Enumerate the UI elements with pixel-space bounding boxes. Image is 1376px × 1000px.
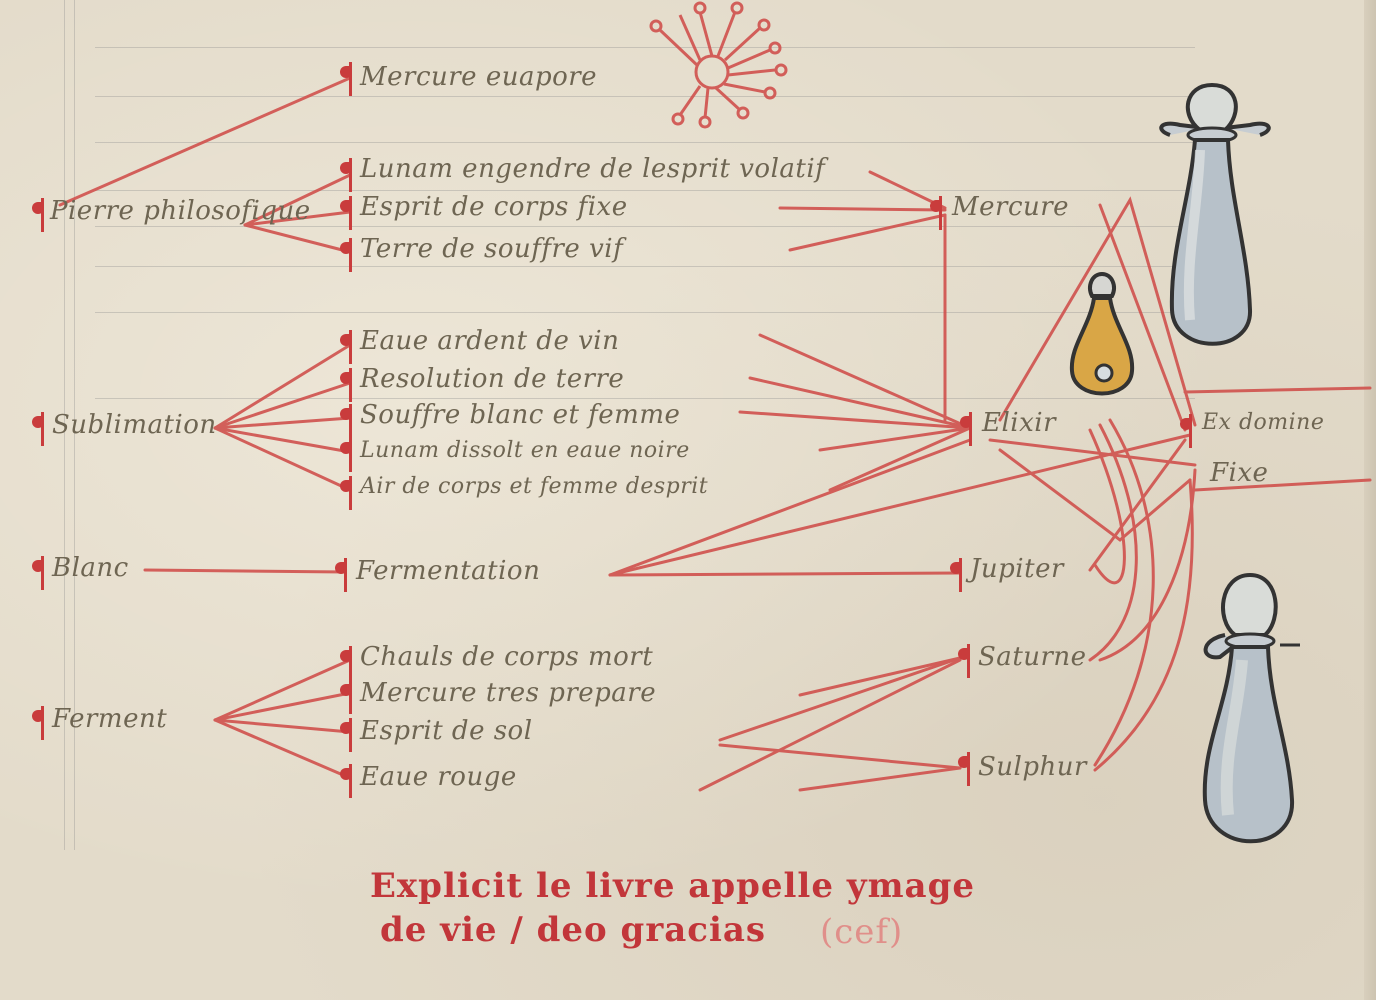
paragraph-mark-icon bbox=[340, 158, 354, 192]
colophon-line-2: de vie / deo gracias bbox=[380, 910, 766, 950]
paragraph-mark-icon bbox=[32, 412, 46, 446]
node-esprit-corps-fixe: Esprit de corps fixe bbox=[360, 192, 628, 222]
paragraph-mark-icon bbox=[340, 368, 354, 402]
paragraph-mark-icon bbox=[930, 196, 944, 230]
node-sublimation: Sublimation bbox=[52, 410, 217, 440]
paragraph-mark-icon bbox=[340, 196, 354, 230]
paragraph-mark-icon bbox=[340, 330, 354, 364]
red-sun-star-icon bbox=[651, 3, 786, 127]
paragraph-mark-icon bbox=[32, 198, 46, 232]
paragraph-mark-icon bbox=[32, 556, 46, 590]
node-fixe: Fixe bbox=[1210, 458, 1268, 488]
alembic-flask-icon bbox=[1150, 80, 1280, 370]
node-elixir: Elixir bbox=[982, 408, 1056, 438]
node-esprit-de-sol: Esprit de sol bbox=[360, 716, 533, 746]
paragraph-mark-icon bbox=[340, 62, 354, 96]
node-terre-souffre-vif: Terre de souffre vif bbox=[360, 234, 623, 264]
colophon-note: (cef) bbox=[820, 912, 903, 952]
paragraph-mark-icon bbox=[340, 438, 354, 472]
node-mercure: Mercure bbox=[952, 192, 1069, 222]
node-souffre-blanc: Souffre blanc et femme bbox=[360, 400, 680, 430]
paragraph-mark-icon bbox=[958, 752, 972, 786]
paragraph-mark-icon bbox=[340, 404, 354, 438]
node-ferment: Ferment bbox=[52, 704, 167, 734]
paragraph-mark-icon bbox=[340, 680, 354, 714]
paragraph-mark-icon bbox=[335, 558, 349, 592]
paragraph-mark-icon bbox=[950, 558, 964, 592]
paragraph-mark-icon bbox=[340, 764, 354, 798]
alembic-flask-icon bbox=[1180, 565, 1300, 855]
node-chauls-corps-mort: Chauls de corps mort bbox=[360, 642, 653, 672]
node-mercure-prepare: Mercure tres prepare bbox=[360, 678, 656, 708]
paragraph-mark-icon bbox=[340, 646, 354, 680]
node-eaue-ardent: Eaue ardent de vin bbox=[360, 326, 619, 356]
node-lunam-engendre: Lunam engendre de lesprit volatif bbox=[360, 154, 825, 184]
node-ex-domine: Ex domine bbox=[1202, 410, 1324, 435]
node-sulphur: Sulphur bbox=[978, 752, 1087, 782]
node-mercure-euapore: Mercure euapore bbox=[360, 62, 597, 92]
paragraph-mark-icon bbox=[958, 644, 972, 678]
paragraph-mark-icon bbox=[340, 476, 354, 510]
node-pierre-philosofique: Pierre philosofique bbox=[50, 196, 311, 226]
paragraph-mark-icon bbox=[1180, 414, 1194, 448]
paragraph-mark-icon bbox=[32, 706, 46, 740]
node-air-de-corps: Air de corps et femme desprit bbox=[360, 474, 708, 499]
paragraph-mark-icon bbox=[340, 238, 354, 272]
paragraph-mark-icon bbox=[960, 412, 974, 446]
node-lunam-dissolt: Lunam dissolt en eaue noire bbox=[360, 438, 690, 463]
node-resolution-terre: Resolution de terre bbox=[360, 364, 624, 394]
node-fermentation: Fermentation bbox=[356, 556, 540, 586]
node-blanc: Blanc bbox=[52, 553, 129, 583]
node-eaue-rouge: Eaue rouge bbox=[360, 762, 517, 792]
manuscript-page: Pierre philosofique Sublimation Blanc Fe… bbox=[0, 0, 1376, 1000]
colophon-line-1: Explicit le livre appelle ymage bbox=[370, 866, 975, 906]
node-saturne: Saturne bbox=[978, 642, 1087, 672]
node-jupiter: Jupiter bbox=[970, 554, 1064, 584]
paragraph-mark-icon bbox=[340, 718, 354, 752]
ochre-vial-icon bbox=[1062, 266, 1142, 406]
